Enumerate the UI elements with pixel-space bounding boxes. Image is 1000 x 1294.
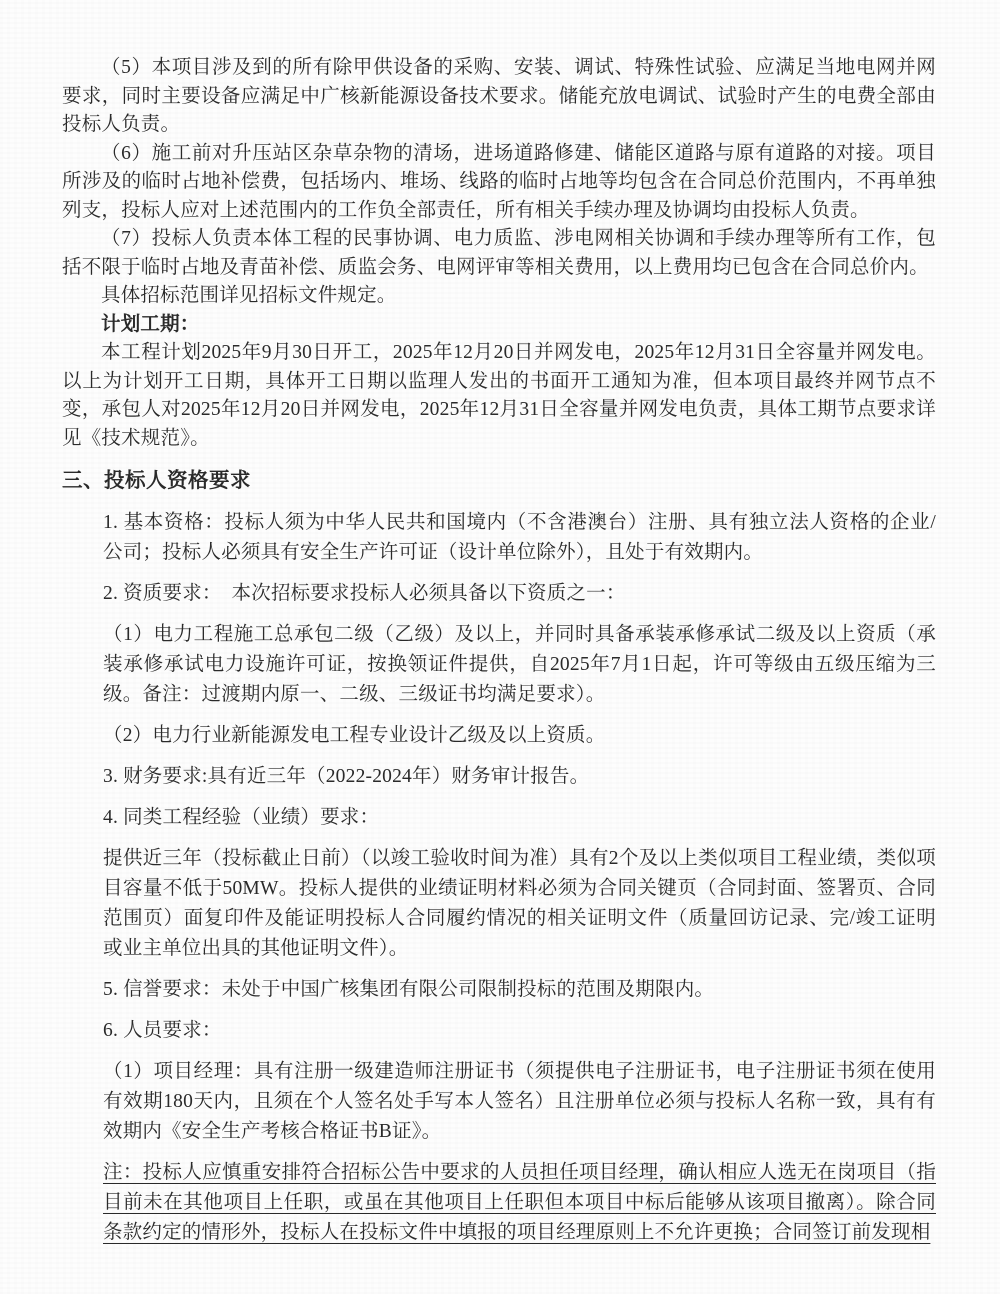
qualification-item-experience-title: 4. 同类工程经验（业绩）要求： [103,803,936,833]
qualification-item-reputation: 5. 信誉要求：未处于中国广核集团有限公司限制投标的范围及期限内。 [103,975,936,1005]
scope-paragraph-6: （6）施工前对升压站区杂草杂物的清场，进场道路修建、储能区道路与原有道路的对接。… [62,140,936,226]
qualification-item-experience-body: 提供近三年（投标截止日前）（以竣工验收时间为准）具有2个及以上类似项目工程业绩，… [103,844,936,964]
qualification-item-credential-sub2: （2）电力行业新能源发电工程专业设计乙级及以上资质。 [103,721,936,751]
qualification-item-project-manager: （1）项目经理：具有注册一级建造师注册证书（须提供电子注册证书，电子注册证书须在… [103,1057,936,1147]
schedule-heading: 计划工期： [62,311,936,340]
scope-closing-note: 具体招标范围详见招标文件规定。 [62,282,936,311]
section-heading-bidder-qualification: 三、投标人资格要求 [62,467,936,495]
qualification-item-finance: 3. 财务要求:具有近三年（2022-2024年）财务审计报告。 [103,762,936,792]
schedule-body: 本工程计划2025年9月30日开工，2025年12月20日并网发电，2025年1… [62,339,936,453]
qualification-item-credential-intro: 2. 资质要求： 本次招标要求投标人必须具备以下资质之一： [103,579,936,609]
qualification-item-basic: 1. 基本资格：投标人须为中华人民共和国境内（不含港澳台）注册、具有独立法人资格… [103,508,936,568]
project-manager-note: 注：投标人应慎重安排符合招标公告中要求的人员担任项目经理，确认相应人选无在岗项目… [103,1158,936,1248]
scope-section: （5）本项目涉及到的所有除甲供设备的采购、安装、调试、特殊性试验、应满足当地电网… [62,54,936,453]
document-page: （5）本项目涉及到的所有除甲供设备的采购、安装、调试、特殊性试验、应满足当地电网… [0,0,1000,1294]
qualification-item-personnel-title: 6. 人员要求： [103,1016,936,1046]
scope-paragraph-7: （7）投标人负责本体工程的民事协调、电力质监、涉电网相关协调和手续办理等所有工作… [62,225,936,282]
qualification-item-credential-sub1: （1）电力工程施工总承包二级（乙级）及以上，并同时具备承装承修承试二级及以上资质… [103,620,936,710]
qualification-section: 1. 基本资格：投标人须为中华人民共和国境内（不含港澳台）注册、具有独立法人资格… [62,508,936,1248]
scope-paragraph-5: （5）本项目涉及到的所有除甲供设备的采购、安装、调试、特殊性试验、应满足当地电网… [62,54,936,140]
